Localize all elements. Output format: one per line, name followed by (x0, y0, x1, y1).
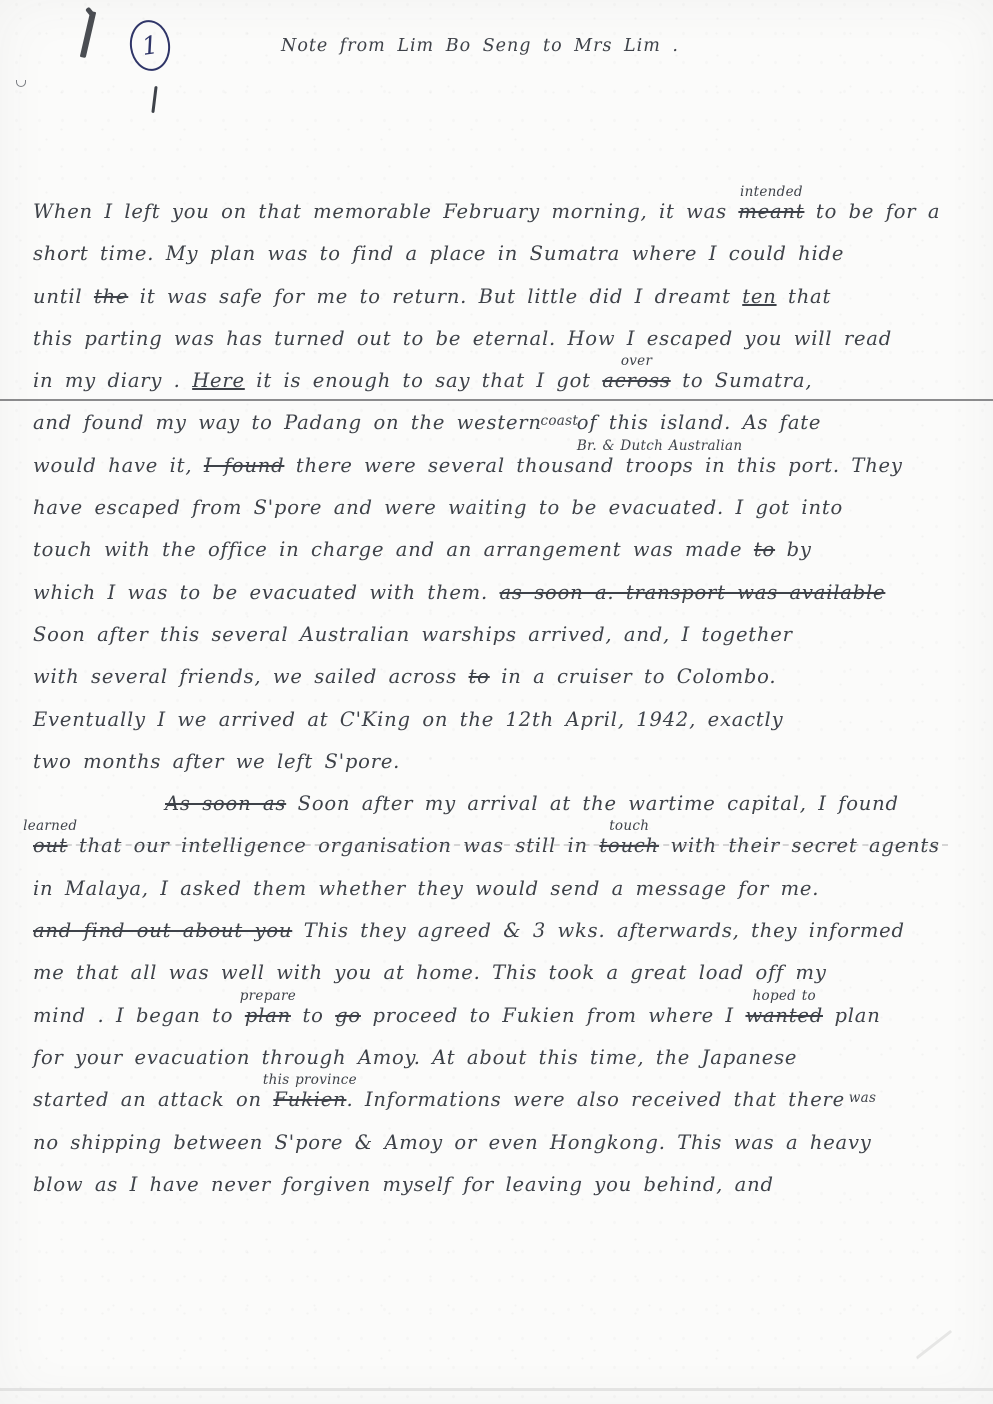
pencil-dashed-line (36, 844, 948, 846)
handwritten-text: it is enough to say that I got (245, 369, 603, 392)
handwritten-text: for your evacuation through Amoy. At abo… (33, 1046, 797, 1069)
strikethrough-text: and find out about you (33, 919, 292, 942)
handwritten-text: blow as I have never forgiven myself for… (33, 1173, 774, 1196)
handwritten-text: it was safe for me to return. But little… (128, 285, 742, 308)
handwritten-text: in a cruiser to Colombo. (490, 665, 777, 688)
handwritten-text: When I left you on that memorable Februa… (33, 200, 738, 223)
handwritten-text: and found my way to Padang on the wester… (33, 411, 553, 434)
letter-line: Soon after this several Australian warsh… (33, 623, 951, 665)
strikethrough-text: to (754, 538, 775, 561)
inserted-text: over (621, 355, 652, 369)
handwritten-text: by (775, 538, 812, 561)
bottom-scan-line (0, 1388, 993, 1391)
underlined-text: ten (742, 285, 776, 308)
handwritten-text: Soon after my arrival at the wartime cap… (286, 792, 899, 815)
inserted-text: was (849, 1092, 876, 1106)
handwritten-text: of this island. As fate (565, 411, 821, 434)
strikethrough-text: As soon as (165, 792, 286, 815)
handwritten-text: have escaped from S'pore and were waitin… (33, 496, 843, 519)
inserted-text: Br. & Dutch Australian (577, 440, 743, 454)
letter-line: Eventually I we arrived at C'King on the… (33, 708, 951, 750)
strikethrough-text: as soon a. transport was available (499, 581, 885, 604)
inserted-text: prepare (240, 990, 296, 1004)
strikethrough-text: go (335, 1004, 361, 1027)
letter-line: blow as I have never forgiven myself for… (33, 1173, 951, 1215)
handwritten-text: until (33, 285, 94, 308)
letter-line: in my diary . Here it is enough to say t… (33, 369, 951, 411)
letter-line: and find out about you This they agreed … (33, 919, 951, 961)
handwritten-text: to be for a (804, 200, 940, 223)
handwritten-text: with several friends, we sailed across (33, 665, 469, 688)
small-ink-mark (16, 80, 26, 87)
inserted-text: learned (23, 820, 77, 834)
handwritten-text: to (291, 1004, 335, 1027)
strikethrough-text: I found (204, 454, 285, 477)
page-number: 1 (140, 30, 160, 61)
letter-line: would have it, I found there were severa… (33, 454, 951, 496)
circled-page-number: 1 (127, 17, 174, 73)
handwritten-text: . Informations were also received that t… (346, 1088, 856, 1111)
inserted-text: touch (609, 820, 649, 834)
inserted-text: hoped to (753, 990, 816, 1004)
underlined-text: Here (192, 369, 245, 392)
letter-line: have escaped from S'pore and were waitin… (33, 496, 951, 538)
handwritten-text: me that all was well with you at home. T… (33, 961, 827, 984)
letter-line: When I left you on that memorable Februa… (33, 200, 951, 242)
letter-line: no shipping between S'pore & Amoy or eve… (33, 1131, 951, 1173)
letter-line: mind . I began to planprepare to go proc… (33, 1004, 951, 1046)
handwritten-text: started an attack on (33, 1088, 273, 1111)
strikethrough-text: meantintended (738, 200, 804, 223)
inserted-text: this province (263, 1074, 357, 1088)
handwritten-text: which I was to be evacuated with them. (33, 581, 499, 604)
handwritten-text: troopsBr. & Dutch Australian (626, 454, 694, 477)
letter-line: short time. My plan was to find a place … (33, 242, 951, 284)
letter-line: in Malaya, I asked them whether they wou… (33, 877, 951, 919)
handwritten-text: mind . I began to (33, 1004, 245, 1027)
handwritten-text: two months after we left S'pore. (33, 750, 400, 773)
handwritten-text: to Sumatra, (671, 369, 813, 392)
strikethrough-text: planprepare (245, 1004, 291, 1027)
strikethrough-text: acrossover (602, 369, 670, 392)
handwritten-text: This they agreed & 3 wks. afterwards, th… (292, 919, 905, 942)
letter-line: and found my way to Padang on the wester… (33, 411, 951, 453)
letter-body: When I left you on that memorable Februa… (33, 200, 951, 1215)
strikethrough-text: Fukienthis province (273, 1088, 346, 1111)
letter-line: touch with the office in charge and an a… (33, 538, 951, 580)
ink-tick-mark (151, 86, 157, 113)
letter-line: with several friends, we sailed across t… (33, 665, 951, 707)
strikethrough-text: to (469, 665, 490, 688)
pen-stroke-mark (80, 11, 96, 58)
handwritten-text: that (777, 285, 832, 308)
strikethrough-text: wantedhoped to (745, 1004, 823, 1027)
handwritten-text: no shipping between S'pore & Amoy or eve… (33, 1131, 872, 1154)
letter-line: which I was to be evacuated with them. a… (33, 581, 951, 623)
handwritten-text: Eventually I we arrived at C'King on the… (33, 708, 783, 731)
handwritten-text: would have it, (33, 454, 204, 477)
handwritten-text: short time. My plan was to find a place … (33, 242, 844, 265)
horizontal-scan-line (0, 399, 993, 401)
handwritten-text: plan (823, 1004, 881, 1027)
strikethrough-text: the (94, 285, 128, 308)
handwritten-text: touch with the office in charge and an a… (33, 538, 754, 561)
letter-line: until the it was safe for me to return. … (33, 285, 951, 327)
letter-line: this parting was has turned out to be et… (33, 327, 951, 369)
handwritten-text: in Malaya, I asked them whether they wou… (33, 877, 819, 900)
handwritten-text: in my diary . (33, 369, 192, 392)
handwritten-text: in this port. They (694, 454, 903, 477)
letter-line: for your evacuation through Amoy. At abo… (33, 1046, 951, 1088)
letter-line: outlearned that our intelligence organis… (33, 834, 951, 876)
letter-line: two months after we left S'pore. (33, 750, 951, 792)
handwritten-text: this parting was has turned out to be et… (33, 327, 892, 350)
handwritten-text: proceed to Fukien from where I (361, 1004, 745, 1027)
letter-scan-page: 1 Note from Lim Bo Seng to Mrs Lim . Whe… (0, 0, 993, 1404)
inserted-text: intended (740, 186, 803, 200)
document-title: Note from Lim Bo Seng to Mrs Lim . (281, 36, 679, 56)
handwritten-text: Soon after this several Australian warsh… (33, 623, 793, 646)
letter-line: As soon as Soon after my arrival at the … (33, 792, 951, 834)
letter-line: started an attack on Fukienthis province… (33, 1088, 951, 1130)
corner-crease-mark (916, 1330, 953, 1359)
handwritten-text: there were several thousand (284, 454, 625, 477)
